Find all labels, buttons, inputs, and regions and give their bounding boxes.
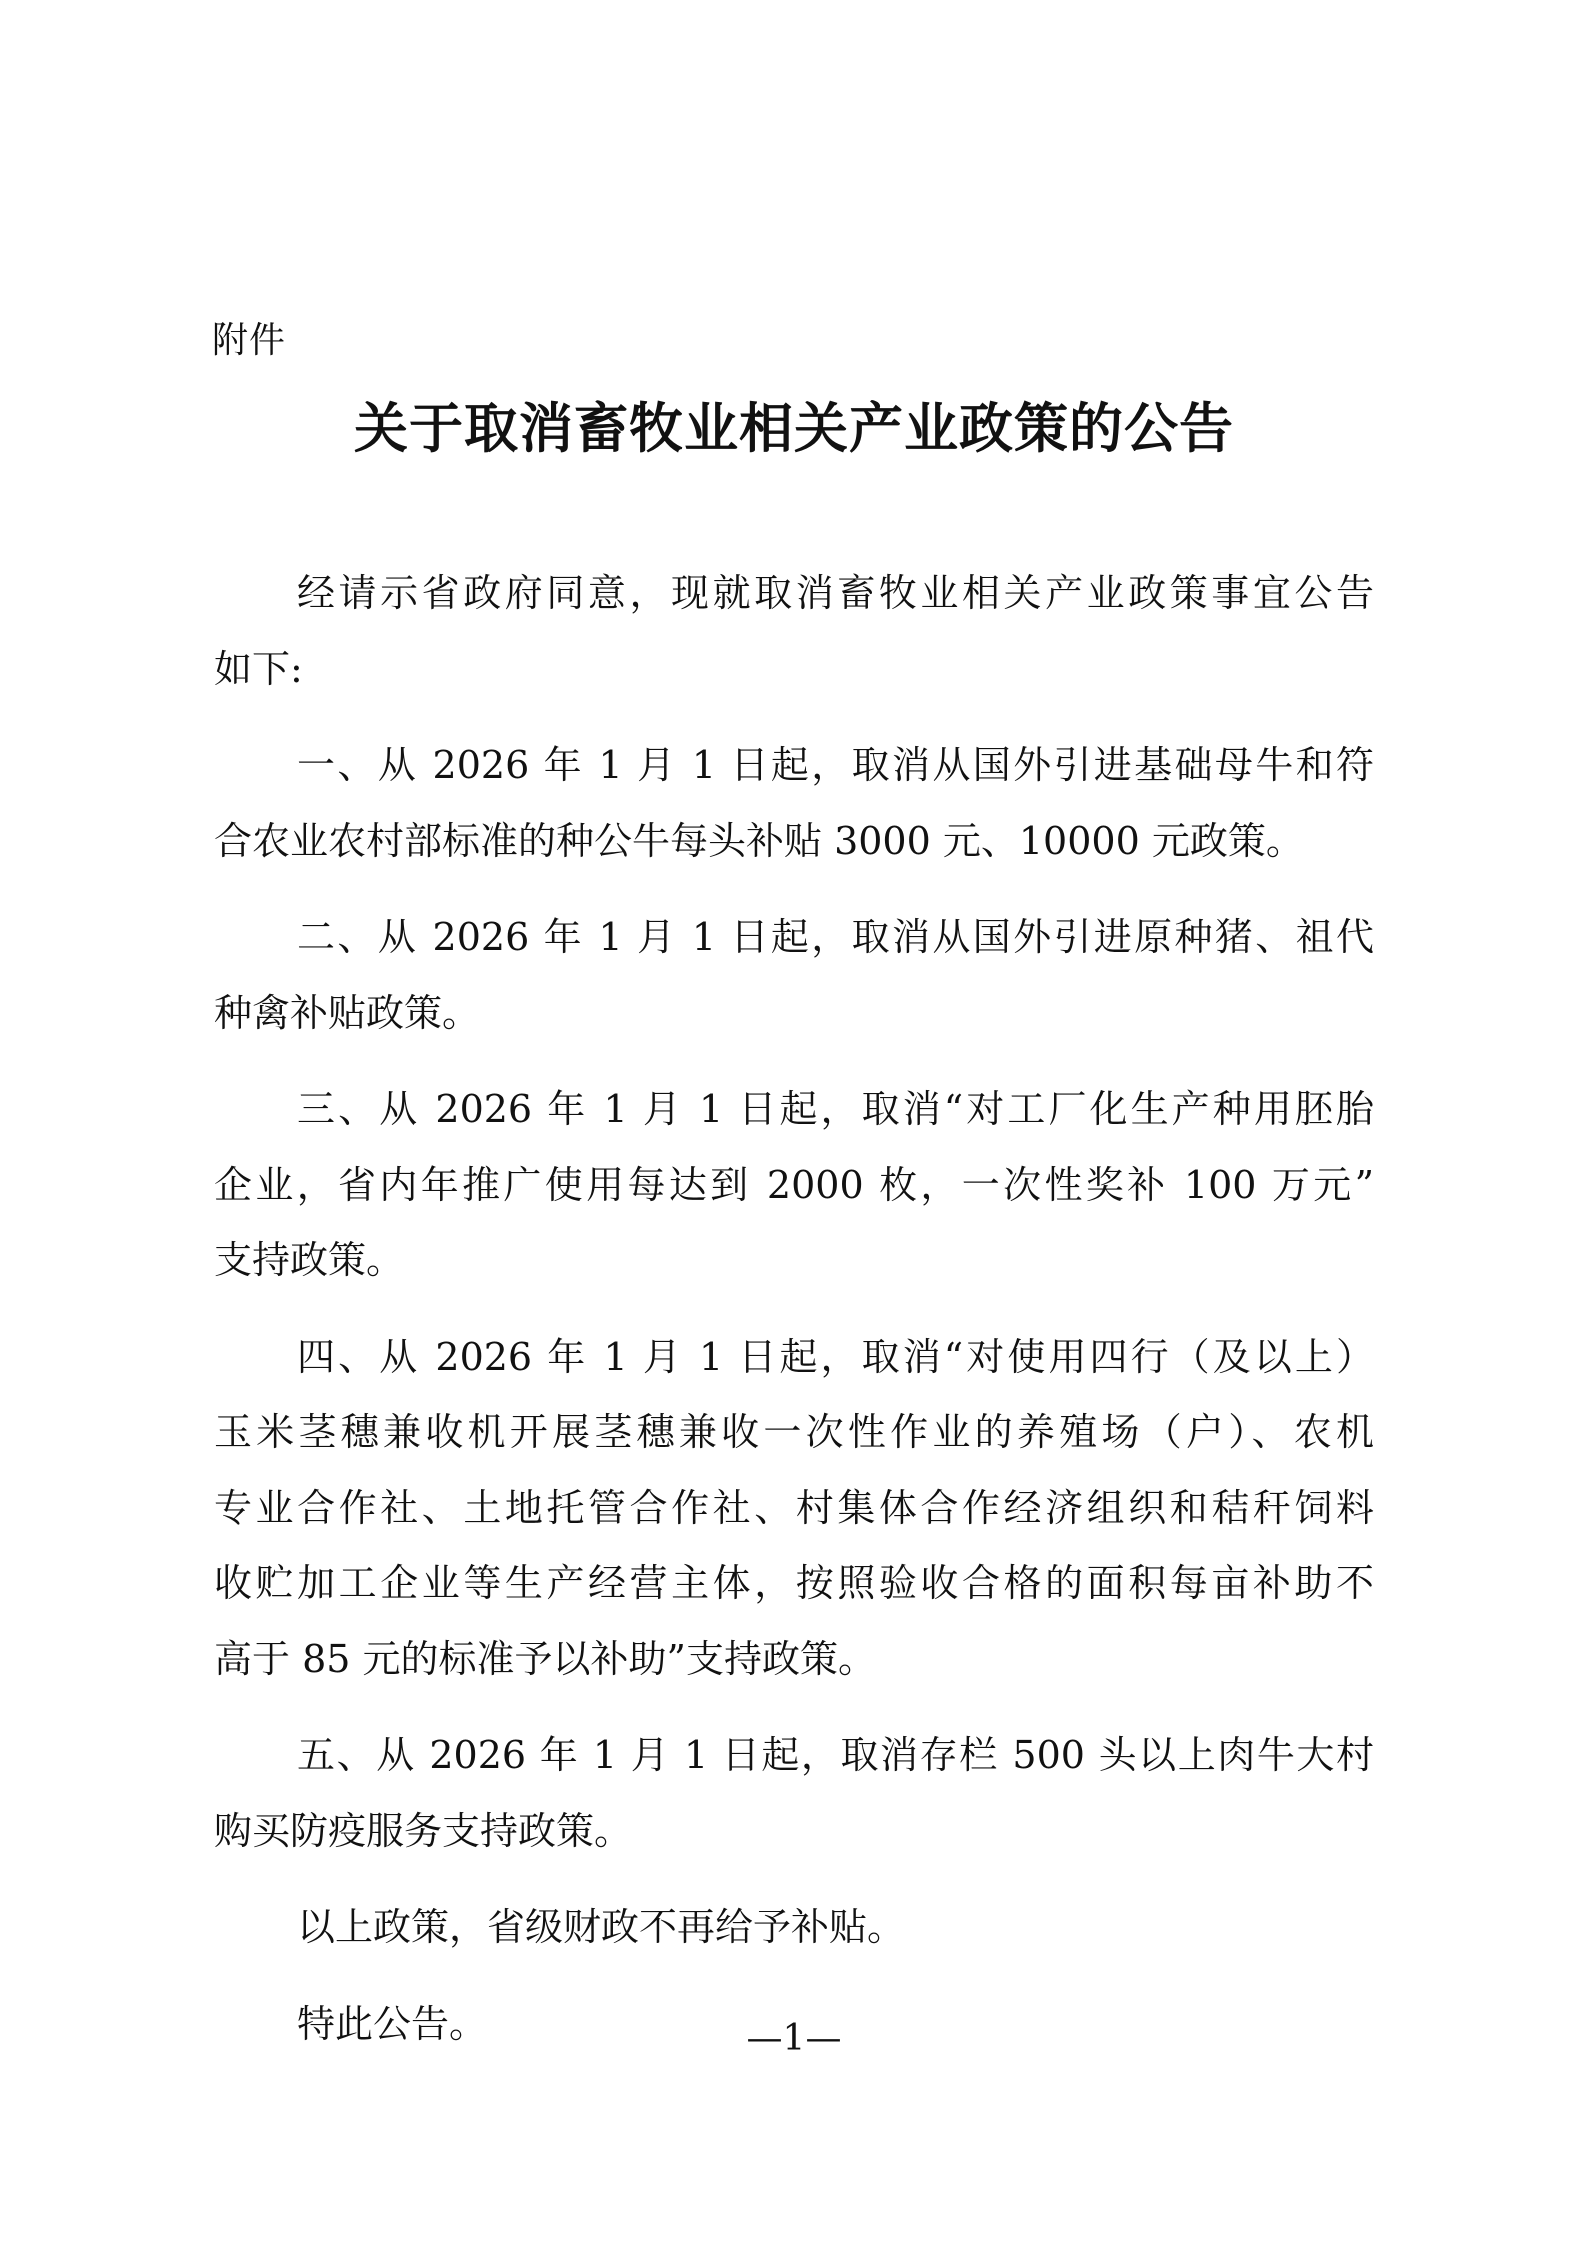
text-line: 四、从 2026 年 1 月 1 日起，取消“对使用四行（及以上） — [214, 1329, 1374, 1405]
paragraph-intro: 经请示省政府同意，现就取消畜牧业相关产业政策事宜公告 如下: — [214, 565, 1374, 716]
text-line: 种禽补贴政策。 — [214, 985, 1374, 1061]
document-body: 经请示省政府同意，现就取消畜牧业相关产业政策事宜公告 如下: 一、从 2026 … — [214, 565, 1374, 2071]
paragraph-item-3: 三、从 2026 年 1 月 1 日起，取消“对工厂化生产种用胚胎 企业，省内年… — [214, 1081, 1374, 1308]
text-line: 购买防疫服务支持政策。 — [214, 1803, 1374, 1879]
attachment-label: 附件 — [212, 312, 286, 363]
text-line: 玉米茎穗兼收机开展茎穗兼收一次性作业的养殖场（户）、农机 — [214, 1404, 1374, 1480]
text-line: 收贮加工企业等生产经营主体，按照验收合格的面积每亩补助不 — [214, 1555, 1374, 1631]
text-line: 企业，省内年推广使用每达到 2000 枚，一次性奖补 100 万元” — [214, 1157, 1374, 1233]
text-line: 以上政策，省级财政不再给予补贴。 — [214, 1899, 1374, 1975]
text-line: 合农业农村部标准的种公牛每头补贴 3000 元、10000 元政策。 — [214, 813, 1374, 889]
text-line: 支持政策。 — [214, 1232, 1374, 1308]
document-page: 附件 关于取消畜牧业相关产业政策的公告 经请示省政府同意，现就取消畜牧业相关产业… — [0, 0, 1588, 2245]
text-line: 一、从 2026 年 1 月 1 日起，取消从国外引进基础母牛和符 — [214, 737, 1374, 813]
text-line: 五、从 2026 年 1 月 1 日起，取消存栏 500 头以上肉牛大村 — [214, 1727, 1374, 1803]
page-number: —1— — [0, 2018, 1588, 2059]
text-line: 专业合作社、土地托管合作社、村集体合作经济组织和秸秆饲料 — [214, 1480, 1374, 1556]
text-line: 经请示省政府同意，现就取消畜牧业相关产业政策事宜公告 — [214, 565, 1374, 641]
document-title: 关于取消畜牧业相关产业政策的公告 — [0, 386, 1588, 463]
paragraph-summary: 以上政策，省级财政不再给予补贴。 — [214, 1899, 1374, 1975]
text-line: 二、从 2026 年 1 月 1 日起，取消从国外引进原种猪、祖代 — [214, 909, 1374, 985]
paragraph-item-1: 一、从 2026 年 1 月 1 日起，取消从国外引进基础母牛和符 合农业农村部… — [214, 737, 1374, 888]
paragraph-item-2: 二、从 2026 年 1 月 1 日起，取消从国外引进原种猪、祖代 种禽补贴政策… — [214, 909, 1374, 1060]
paragraph-item-4: 四、从 2026 年 1 月 1 日起，取消“对使用四行（及以上） 玉米茎穗兼收… — [214, 1329, 1374, 1707]
text-line: 如下: — [214, 641, 1374, 717]
text-line: 三、从 2026 年 1 月 1 日起，取消“对工厂化生产种用胚胎 — [214, 1081, 1374, 1157]
text-line: 高于 85 元的标准予以补助”支持政策。 — [214, 1631, 1374, 1707]
paragraph-item-5: 五、从 2026 年 1 月 1 日起，取消存栏 500 头以上肉牛大村 购买防… — [214, 1727, 1374, 1878]
